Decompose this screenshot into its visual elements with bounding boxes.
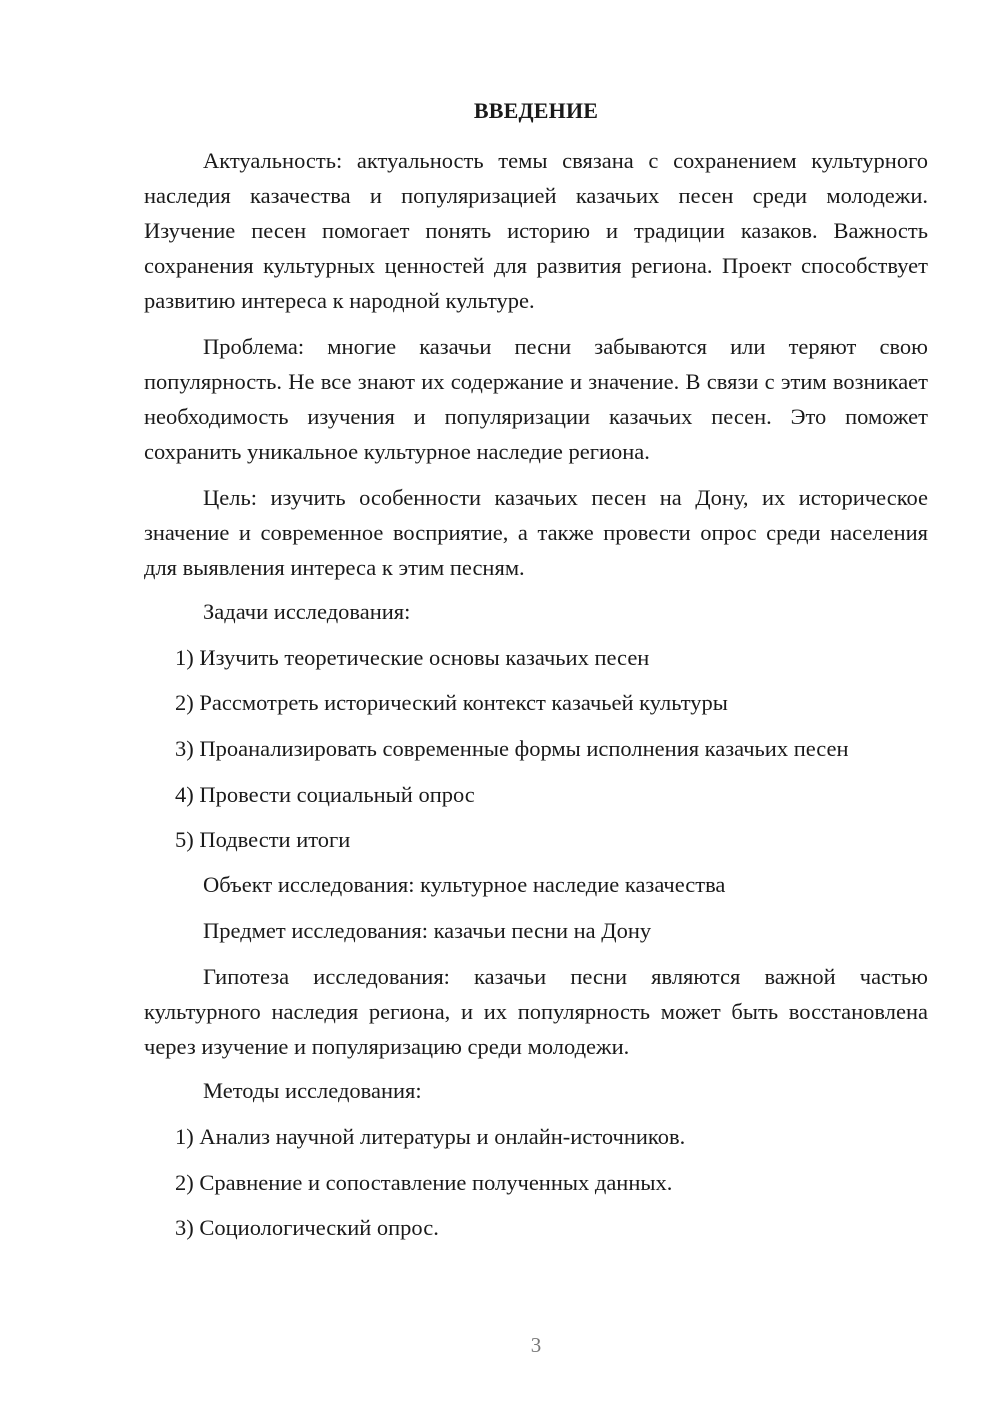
paragraph-relevance: Актуальность: актуальность темы связана …	[144, 143, 928, 318]
research-object: Объект исследования: культурное наследие…	[203, 870, 725, 900]
task-item: 1) Изучить теоретические основы казачьих…	[175, 643, 649, 673]
tasks-heading: Задачи исследования:	[203, 597, 410, 627]
page-number: 3	[72, 1333, 1000, 1358]
section-title: ВВЕДЕНИЕ	[72, 97, 1000, 125]
task-item: 3) Проанализировать современные формы ис…	[175, 734, 849, 764]
method-item: 1) Анализ научной литературы и онлайн-ис…	[175, 1122, 685, 1152]
method-item: 3) Социологический опрос.	[175, 1213, 439, 1243]
method-item: 2) Сравнение и сопоставление полученных …	[175, 1168, 672, 1198]
document-page: ВВЕДЕНИЕ Актуальность: актуальность темы…	[0, 0, 1000, 1414]
paragraph-goal: Цель: изучить особенности казачьих песен…	[144, 480, 928, 585]
paragraph-problem: Проблема: многие казачьи песни забываютс…	[144, 329, 928, 469]
paragraph-hypothesis: Гипотеза исследования: казачьи песни явл…	[144, 959, 928, 1064]
task-item: 2) Рассмотреть исторический контекст каз…	[175, 688, 728, 718]
task-item: 4) Провести социальный опрос	[175, 780, 475, 810]
methods-heading: Методы исследования:	[203, 1076, 422, 1106]
task-item: 5) Подвести итоги	[175, 825, 350, 855]
research-subject: Предмет исследования: казачьи песни на Д…	[203, 916, 651, 946]
